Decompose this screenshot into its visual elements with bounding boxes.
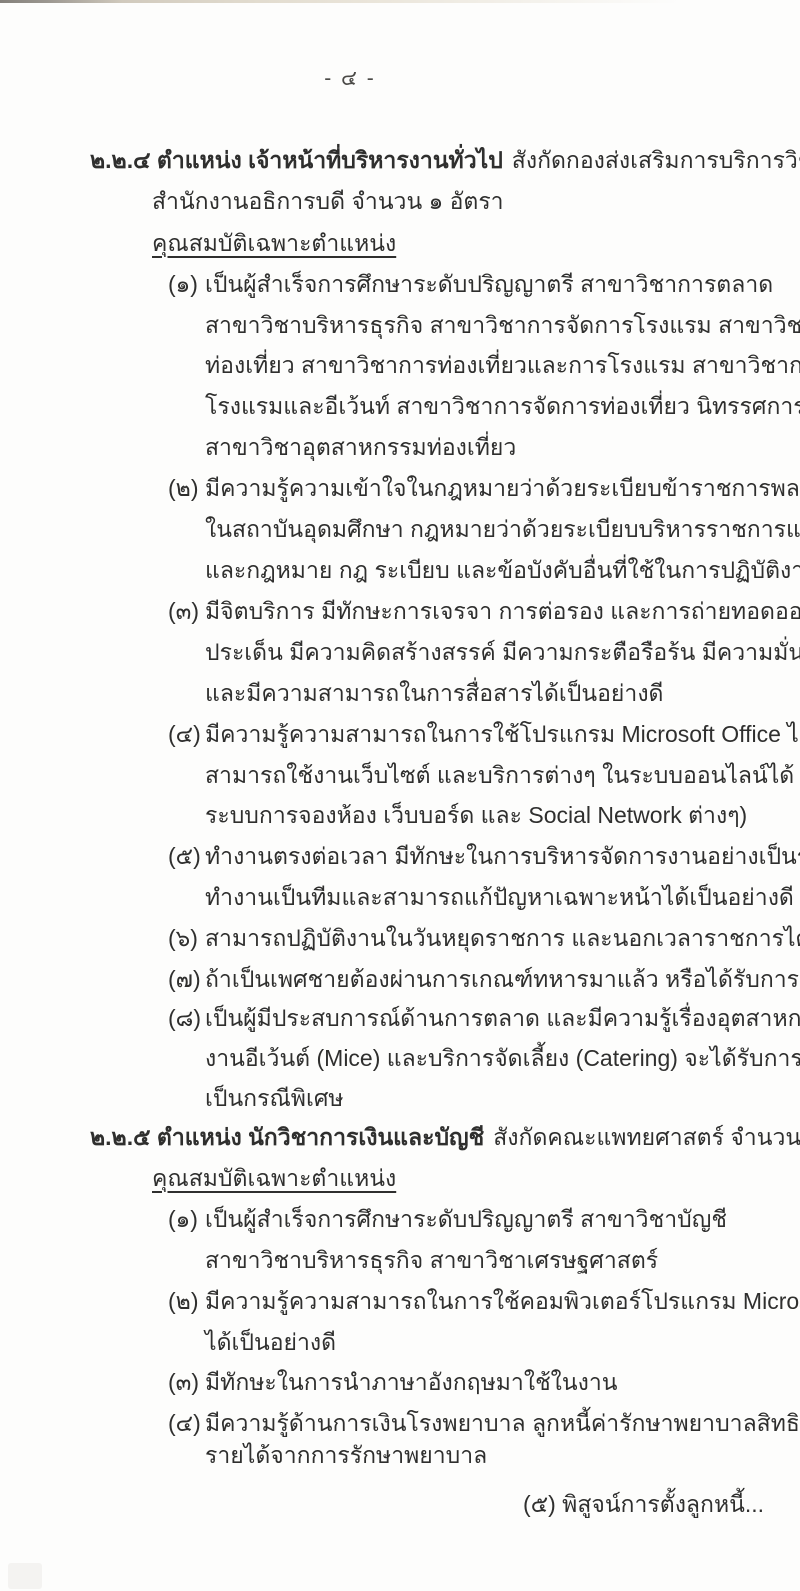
item-line: ทำงานเป็นทีมและสามารถแก้ปัญหาเฉพาะหน้าได… [205,882,794,912]
scan-artifact-smudge [8,1563,42,1589]
item-line: สาขาวิชาบริหารธุรกิจ สาขาวิชาการจัดการโร… [205,310,800,340]
item-line: มีทักษะในการนำภาษาอังกฤษมาใช้ในงาน [205,1369,618,1395]
list-item: (๗)ถ้าเป็นเพศชายต้องผ่านการเกณฑ์ทหารมาแล… [168,964,800,994]
item-line: เป็นผู้สำเร็จการศึกษาระดับปริญญาตรี สาขา… [205,1206,727,1232]
subheading-qualifications: คุณสมบัติเฉพาะตำแหน่ง [152,1163,396,1193]
item-line: และกฎหมาย กฎ ระเบียบ และข้อบังคับอื่นที่… [205,555,800,585]
item-number: (๗) [168,964,205,994]
section-heading-bold: ๒.๒.๕ ตำแหน่ง นักวิชาการเงินและบัญชี [90,1124,484,1150]
item-number: (๔) [168,719,205,749]
list-item: (๒)มีความรู้ความเข้าใจในกฎหมายว่าด้วยระเ… [168,473,800,503]
list-item: (๔)มีความรู้ด้านการเงินโรงพยาบาล ลูกหนี้… [168,1408,800,1438]
item-line: ถ้าเป็นเพศชายต้องผ่านการเกณฑ์ทหารมาแล้ว … [205,966,800,992]
item-line: ได้เป็นอย่างดี [205,1327,336,1357]
page-number: - ๔ - [0,62,700,95]
item-number: (๓) [168,596,205,626]
item-number: (๘) [168,1003,205,1033]
item-line: เป็นกรณีพิเศษ [205,1083,344,1113]
item-line: สาขาวิชาอุตสาหกรรมท่องเที่ยว [205,432,516,462]
continuation-note: (๕) พิสูจน์การตั้งลูกหนี้... [523,1487,764,1523]
list-item: (๘)เป็นผู้มีประสบการณ์ด้านการตลาด และมีค… [168,1003,800,1033]
item-number: (๔) [168,1408,205,1438]
item-number: (๒) [168,473,205,503]
item-number: (๕) [168,841,205,871]
subheading-qualifications: คุณสมบัติเฉพาะตำแหน่ง [152,228,396,258]
item-line: โรงแรมและอีเว้นท์ สาขาวิชาการจัดการท่องเ… [205,391,800,421]
section-heading-rest: สังกัดกองส่งเสริมการบริการวิชาการ [512,147,800,173]
item-line: เป็นผู้สำเร็จการศึกษาระดับปริญญาตรี สาขา… [205,271,773,297]
item-number: (๑) [168,269,205,299]
item-number: (๓) [168,1367,205,1397]
item-number: (๖) [168,923,205,953]
item-line: ท่องเที่ยว สาขาวิชาการท่องเที่ยวและการโร… [205,350,800,380]
list-item: (๕)ทำงานตรงต่อเวลา มีทักษะในการบริหารจัด… [168,841,800,871]
list-item: (๓)มีทักษะในการนำภาษาอังกฤษมาใช้ในงาน [168,1367,618,1397]
item-line: รายได้จากการรักษาพยาบาล [205,1440,487,1470]
item-line: และมีความสามารถในการสื่อสารได้เป็นอย่างด… [205,678,663,708]
item-line: สาขาวิชาบริหารธุรกิจ สาขาวิชาเศรษฐศาสตร์ [205,1245,658,1275]
item-line: ระบบการจองห้อง เว็บบอร์ด และ Social Netw… [205,800,747,830]
list-item: (๒)มีความรู้ความสามารถในการใช้คอมพิวเตอร… [168,1286,800,1316]
item-line: มีจิตบริการ มีทักษะการเจรจา การต่อรอง แล… [205,598,800,624]
item-line: มีความรู้ความสามารถในการใช้คอมพิวเตอร์โป… [205,1288,800,1314]
item-line: ในสถาบันอุดมศึกษา กฎหมายว่าด้วยระเบียบบร… [205,514,800,544]
list-item: (๑)เป็นผู้สำเร็จการศึกษาระดับปริญญาตรี ส… [168,1204,727,1234]
item-line: สามารถใช้งานเว็บไซต์ และบริการต่างๆ ในระ… [205,760,800,790]
section-heading: ๒.๒.๕ ตำแหน่ง นักวิชาการเงินและบัญชีสังก… [90,1122,800,1152]
list-item: (๓)มีจิตบริการ มีทักษะการเจรจา การต่อรอง… [168,596,800,626]
section-heading-bold: ๒.๒.๔ ตำแหน่ง เจ้าหน้าที่บริหารงานทั่วไป [90,147,503,173]
item-number: (๑) [168,1204,205,1234]
item-line: สามารถปฏิบัติงานในวันหยุดราชการ และนอกเว… [205,925,800,951]
list-item: (๖)สามารถปฏิบัติงานในวันหยุดราชการ และนอ… [168,923,800,953]
item-line: ทำงานตรงต่อเวลา มีทักษะในการบริหารจัดการ… [205,843,800,869]
section-heading: ๒.๒.๔ ตำแหน่ง เจ้าหน้าที่บริหารงานทั่วไป… [90,145,800,175]
item-line: ประเด็น มีความคิดสร้างสรรค์ มีความกระตือ… [205,637,800,667]
list-item: (๔)มีความรู้ความสามารถในการใช้โปรแกรม Mi… [168,719,800,749]
scan-artifact-top-edge [0,0,680,3]
section-heading-line2: สำนักงานอธิการบดี จำนวน ๑ อัตรา [152,186,504,216]
item-line: มีความรู้ความสามารถในการใช้โปรแกรม Micro… [205,721,800,747]
item-number: (๒) [168,1286,205,1316]
item-line: มีความรู้ด้านการเงินโรงพยาบาล ลูกหนี้ค่า… [205,1410,800,1436]
section-heading-rest: สังกัดคณะแพทยศาสตร์ จำนวน ๑ อัตรา [493,1124,800,1150]
item-line: มีความรู้ความเข้าใจในกฎหมายว่าด้วยระเบีย… [205,475,800,501]
item-line: เป็นผู้มีประสบการณ์ด้านการตลาด และมีความ… [205,1005,800,1031]
list-item: (๑)เป็นผู้สำเร็จการศึกษาระดับปริญญาตรี ส… [168,269,773,299]
item-line: งานอีเว้นต์ (Mice) และบริการจัดเลี้ยง (C… [205,1043,800,1073]
document-page: - ๔ - ๒.๒.๔ ตำแหน่ง เจ้าหน้าที่บริหารงาน… [0,0,800,1591]
